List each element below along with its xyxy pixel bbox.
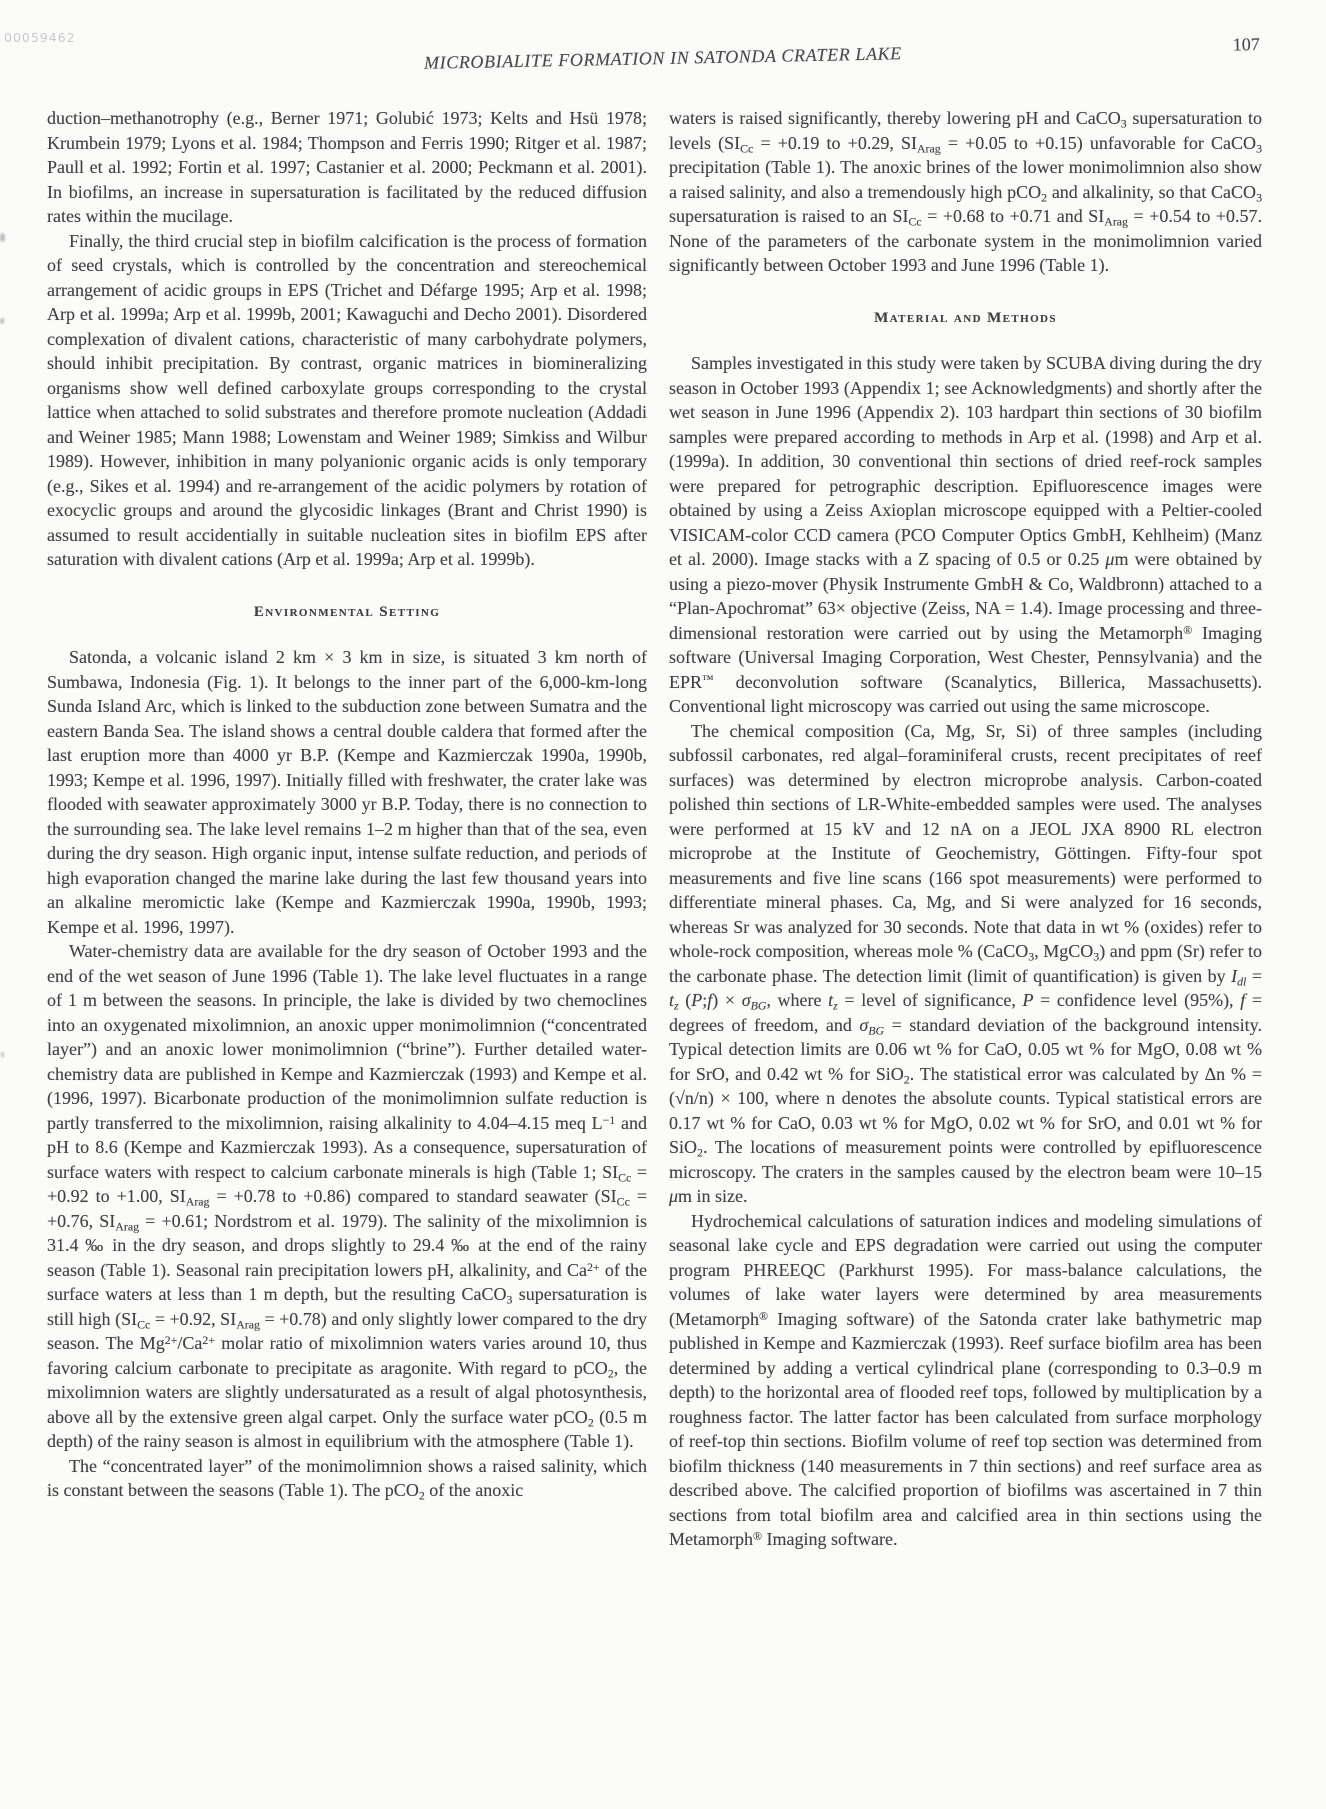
page-number: 107 bbox=[1233, 34, 1260, 56]
text-column-right: waters is raised significantly, thereby … bbox=[669, 106, 1262, 1552]
scan-speck bbox=[0, 318, 4, 324]
running-head: MICROBIALITE FORMATION IN SATONDA CRATER… bbox=[424, 43, 902, 74]
paragraph: Water-chemistry data are available for t… bbox=[47, 939, 647, 1454]
page-header: MICROBIALITE FORMATION IN SATONDA CRATER… bbox=[0, 35, 1326, 90]
paragraph: The chemical composition (Ca, Mg, Sr, Si… bbox=[669, 719, 1262, 1209]
paragraph: Samples investigated in this study were … bbox=[669, 351, 1262, 719]
paragraph: duction–methanotrophy (e.g., Berner 1971… bbox=[47, 106, 647, 229]
paragraph: Hydrochemical calculations of saturation… bbox=[669, 1209, 1262, 1552]
text-column-left: duction–methanotrophy (e.g., Berner 1971… bbox=[47, 106, 647, 1552]
paragraph: Satonda, a volcanic island 2 km × 3 km i… bbox=[47, 645, 647, 939]
paragraph: Finally, the third crucial step in biofi… bbox=[47, 229, 647, 572]
scan-speck bbox=[1, 1052, 4, 1057]
scan-speck bbox=[0, 233, 5, 242]
scan-stamp: 00059462 bbox=[4, 30, 76, 45]
text-columns: duction–methanotrophy (e.g., Berner 1971… bbox=[47, 106, 1262, 1552]
section-heading: Material and Methods bbox=[669, 306, 1262, 331]
section-heading: Environmental Setting bbox=[47, 600, 647, 625]
paragraph: waters is raised significantly, thereby … bbox=[669, 106, 1262, 278]
paragraph: The “concentrated layer” of the monimoli… bbox=[47, 1454, 647, 1503]
journal-page: 00059462 MICROBIALITE FORMATION IN SATON… bbox=[0, 0, 1326, 1809]
